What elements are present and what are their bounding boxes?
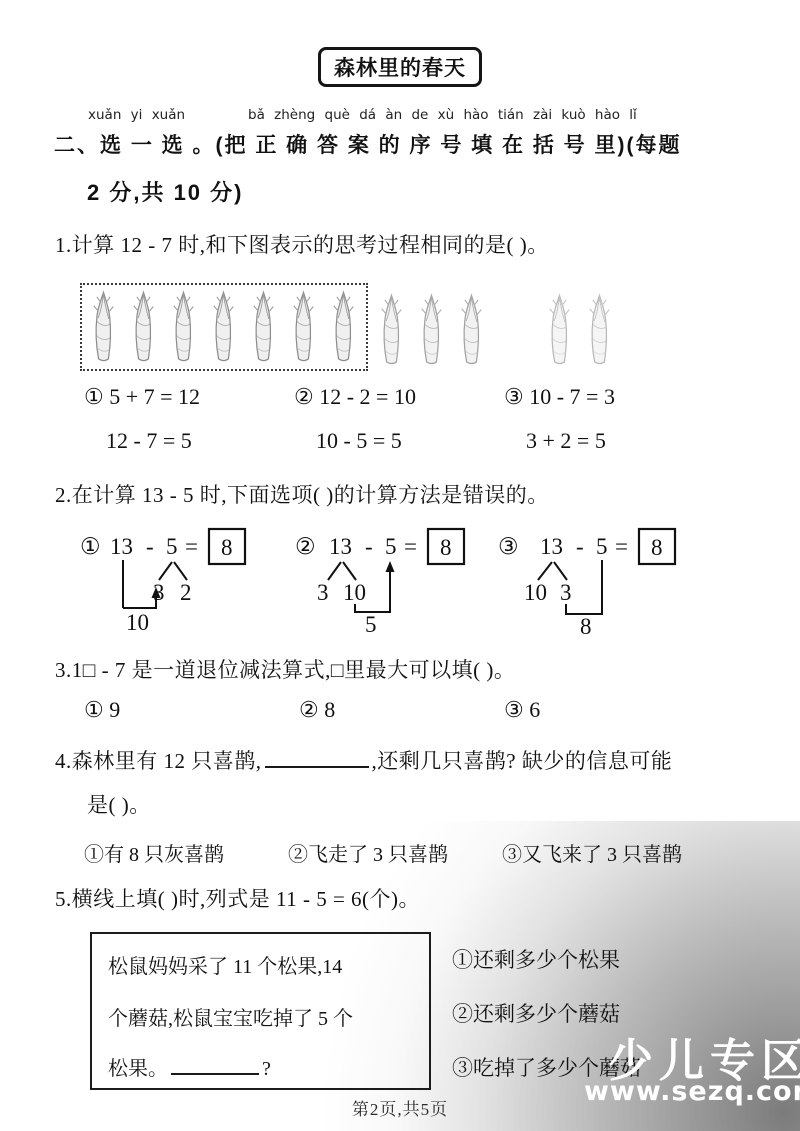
q2-d3-number: ③ <box>498 534 519 559</box>
question-4-text-line2: 是( )。 <box>87 789 151 819</box>
page-title: 森林里的春天 <box>318 47 482 87</box>
svg-text:10: 10 <box>343 580 366 605</box>
section-heading-line1: 二、选 一 选 。(把 正 确 答 案 的 序 号 填 在 括 号 里)(每题 <box>54 129 682 159</box>
bamboo-group-middle <box>376 291 487 369</box>
q1-option-2-line2: 10 - 5 = 5 <box>316 428 416 454</box>
bamboo-shoot-icon <box>456 291 487 369</box>
svg-text:13: 13 <box>540 534 563 559</box>
svg-text:5: 5 <box>385 534 397 559</box>
svg-text:10: 10 <box>524 580 547 605</box>
q4-option-3: ③又飞来了 3 只喜鹊 <box>502 838 682 867</box>
svg-text:5: 5 <box>365 612 377 637</box>
q4-blank-line <box>265 745 369 768</box>
q1-option-2-line1: ② 12 - 2 = 10 <box>294 384 416 410</box>
q2-diagram-3: ③ 13 - 5 = 8 10 3 8 <box>496 522 711 654</box>
q5-story-box: 松鼠妈妈采了 11 个松果,14 个蘑菇,松鼠宝宝吃掉了 5 个 松果。? <box>90 932 431 1090</box>
q4-text-pre: 4.森林里有 12 只喜鹊, <box>55 749 262 773</box>
bamboo-shoot-icon <box>376 291 407 369</box>
bamboo-shoot-icon <box>584 291 615 369</box>
q5-box-line3: 松果。? <box>108 1052 271 1081</box>
q5-box-line2: 个蘑菇,松鼠宝宝吃掉了 5 个 <box>108 1002 353 1031</box>
q1-option-1-line1: ① 5 + 7 = 12 <box>84 384 200 410</box>
q2-d1-number: ① <box>80 534 101 559</box>
q1-option-1: ① 5 + 7 = 12 12 - 7 = 5 <box>84 384 200 454</box>
svg-text:-: - <box>146 534 154 559</box>
svg-text:8: 8 <box>221 535 233 560</box>
question-4-text-line1: 4.森林里有 12 只喜鹊,,还剩几只喜鹊? 缺少的信息可能 <box>55 745 672 775</box>
svg-text:13: 13 <box>329 534 352 559</box>
q1-option-2: ② 12 - 2 = 10 10 - 5 = 5 <box>294 384 416 454</box>
worksheet-page: 森林里的春天 xuǎn yi xuǎn bǎ zhèng què dá àn d… <box>0 0 800 1131</box>
svg-text:2: 2 <box>180 580 192 605</box>
pinyin-annotation-2: bǎ zhèng què dá àn de xù hào tián zài ku… <box>248 107 637 123</box>
q5-blank-line <box>171 1053 259 1075</box>
svg-text:3: 3 <box>317 580 329 605</box>
bamboo-shoot-icon <box>88 288 119 366</box>
q5-option-2: ②还剩多少个蘑菇 <box>452 998 620 1028</box>
q2-diagram-2: ② 13 - 5 = 8 3 10 5 <box>293 522 508 654</box>
question-1-text: 1.计算 12 - 7 时,和下图表示的思考过程相同的是( )。 <box>55 229 549 259</box>
q1-option-3: ③ 10 - 7 = 3 3 + 2 = 5 <box>504 384 615 454</box>
svg-text:13: 13 <box>110 534 133 559</box>
q5-box-line1: 松鼠妈妈采了 11 个松果,14 <box>108 950 342 979</box>
bamboo-shoot-icon <box>416 291 447 369</box>
q3-option-1: ① 9 <box>84 697 120 723</box>
bamboo-shoot-icon <box>544 291 575 369</box>
q5-option-1: ①还剩多少个松果 <box>452 944 620 974</box>
bamboo-shoot-icon <box>328 288 359 366</box>
q4-text-post: ,还剩几只喜鹊? 缺少的信息可能 <box>372 749 673 773</box>
svg-text:=: = <box>404 534 417 559</box>
svg-text:10: 10 <box>126 610 149 635</box>
section-heading-line2: 2 分,共 10 分) <box>87 176 243 207</box>
q4-option-2: ②飞走了 3 只喜鹊 <box>288 838 448 867</box>
svg-text:5: 5 <box>596 534 608 559</box>
svg-text:8: 8 <box>440 535 452 560</box>
q4-option-1: ①有 8 只灰喜鹊 <box>84 838 224 867</box>
question-5-text: 5.横线上填( )时,列式是 11 - 5 = 6(个)。 <box>55 883 420 913</box>
watermark-site: www.sezq.com <box>584 1076 800 1107</box>
bamboo-group-boxed <box>88 288 359 366</box>
svg-text:-: - <box>365 534 373 559</box>
svg-text:=: = <box>185 534 198 559</box>
q5-box-line3-pre: 松果。 <box>108 1058 168 1080</box>
q1-option-3-line2: 3 + 2 = 5 <box>526 428 615 454</box>
q2-d2-number: ② <box>295 534 316 559</box>
bamboo-shoot-icon <box>288 288 319 366</box>
svg-text:-: - <box>576 534 584 559</box>
q1-option-1-line2: 12 - 7 = 5 <box>106 428 200 454</box>
bamboo-group-right <box>544 291 615 369</box>
question-3-text: 3.1□ - 7 是一道退位减法算式,□里最大可以填( )。 <box>55 654 515 684</box>
question-2-text: 2.在计算 13 - 5 时,下面选项( )的计算方法是错误的。 <box>55 479 549 509</box>
svg-text:8: 8 <box>580 614 592 639</box>
bamboo-shoot-icon <box>128 288 159 366</box>
bamboo-shoot-icon <box>248 288 279 366</box>
q3-option-2: ② 8 <box>299 697 335 723</box>
q1-option-3-line1: ③ 10 - 7 = 3 <box>504 384 615 410</box>
q5-box-line3-post: ? <box>262 1058 271 1080</box>
bamboo-shoot-icon <box>208 288 239 366</box>
q3-option-3: ③ 6 <box>504 697 540 723</box>
svg-text:3: 3 <box>560 580 572 605</box>
q2-diagram-1: ① 13 - 5 = 8 3 2 10 <box>78 522 293 654</box>
bamboo-shoot-icon <box>168 288 199 366</box>
pinyin-annotation-1: xuǎn yi xuǎn <box>88 107 185 123</box>
page-title-text: 森林里的春天 <box>334 57 466 80</box>
svg-text:8: 8 <box>651 535 663 560</box>
svg-text:5: 5 <box>166 534 178 559</box>
svg-text:=: = <box>615 534 628 559</box>
